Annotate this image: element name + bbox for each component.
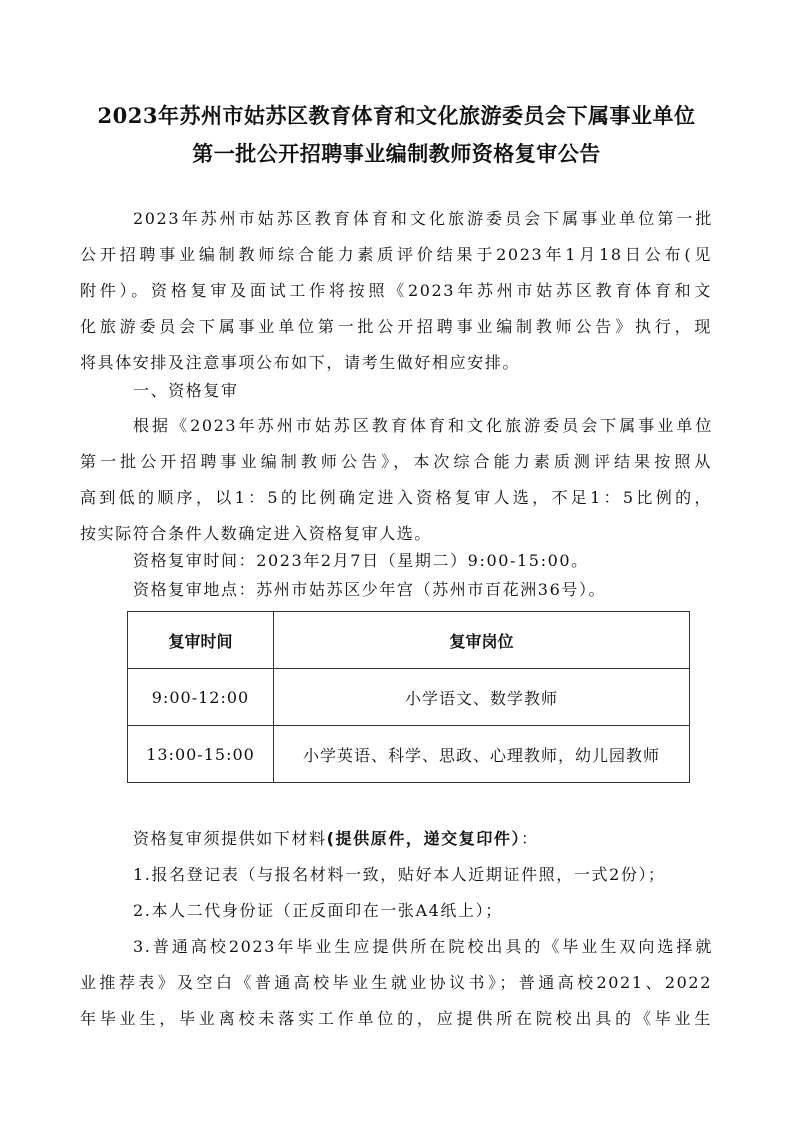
materials-lead-bold: (提供原件，递交复印件） [327,829,522,848]
materials-lead-text: 资格复审须提供如下材料 [133,829,327,848]
material-item: 1.报名登记表（与报名材料一致，贴好本人近期证件照，一式2份）； [133,862,713,885]
review-time: 资格复审时间：2023年2月7日（星期二）9:00-15:00。 [133,548,713,571]
intro-line: 化旅游委员会下属事业单位第一批公开招聘事业编制教师公告》执行，现 [80,314,712,337]
material-item: 2.本人二代身份证（正反面印在一张A4纸上）； [133,898,713,921]
material-item: 业推荐表》及空白《普通高校毕业生就业协议书》；普通高校2021、2022 [80,970,712,993]
review-place: 资格复审地点：苏州市姑苏区少年宫（苏州市百花洲36号）。 [133,577,713,600]
table-row: 13:00-15:00 小学英语、科学、思政、心理教师，幼儿园教师 [128,726,690,783]
document-title-line2: 第一批公开招聘事业编制教师资格复审公告 [0,138,793,168]
intro-line: 公开招聘事业编制教师综合能力素质评价结果于2023年1月18日公布(见 [80,242,712,265]
intro-line: 附件）。资格复审及面试工作将按照《2023年苏州市姑苏区教育体育和文 [80,278,712,301]
material-item: 3.普通高校2023年毕业生应提供所在院校出具的《毕业生双向选择就 [133,934,713,957]
header-time: 复审时间 [128,612,274,669]
schedule-table: 复审时间 复审岗位 9:00-12:00 小学语文、数学教师 13:00-15:… [127,611,690,783]
section-para-line: 按实际符合条件人数确定进入资格复审人选。 [80,521,712,544]
cell-position: 小学英语、科学、思政、心理教师，幼儿园教师 [274,726,690,783]
materials-lead: 资格复审须提供如下材料(提供原件，递交复印件）： [133,826,713,849]
document-title-line1: 2023年苏州市姑苏区教育体育和文化旅游委员会下属事业单位 [0,100,793,130]
section-para-line: 根据《2023年苏州市姑苏区教育体育和文化旅游委员会下属事业单位 [133,413,713,436]
cell-time: 9:00-12:00 [128,669,274,726]
material-item: 年毕业生，毕业离校未落实工作单位的，应提供所在院校出具的《毕业生 [80,1006,712,1029]
header-position: 复审岗位 [274,612,690,669]
intro-line: 将具体安排及注意事项公布如下，请考生做好相应安排。 [80,350,712,373]
intro-line: 2023年苏州市姑苏区教育体育和文化旅游委员会下属事业单位第一批 [133,206,713,229]
cell-time: 13:00-15:00 [128,726,274,783]
section-para-line: 第一批公开招聘事业编制教师公告》，本次综合能力素质测评结果按照从 [80,449,712,472]
section-para-line: 高到低的顺序，以1：5的比例确定进入资格复审人选，不足1：5比例的， [80,485,712,508]
section-heading: 一、资格复审 [133,378,713,401]
table-header-row: 复审时间 复审岗位 [128,612,690,669]
cell-position: 小学语文、数学教师 [274,669,690,726]
table-row: 9:00-12:00 小学语文、数学教师 [128,669,690,726]
materials-lead-end: ： [521,829,539,848]
